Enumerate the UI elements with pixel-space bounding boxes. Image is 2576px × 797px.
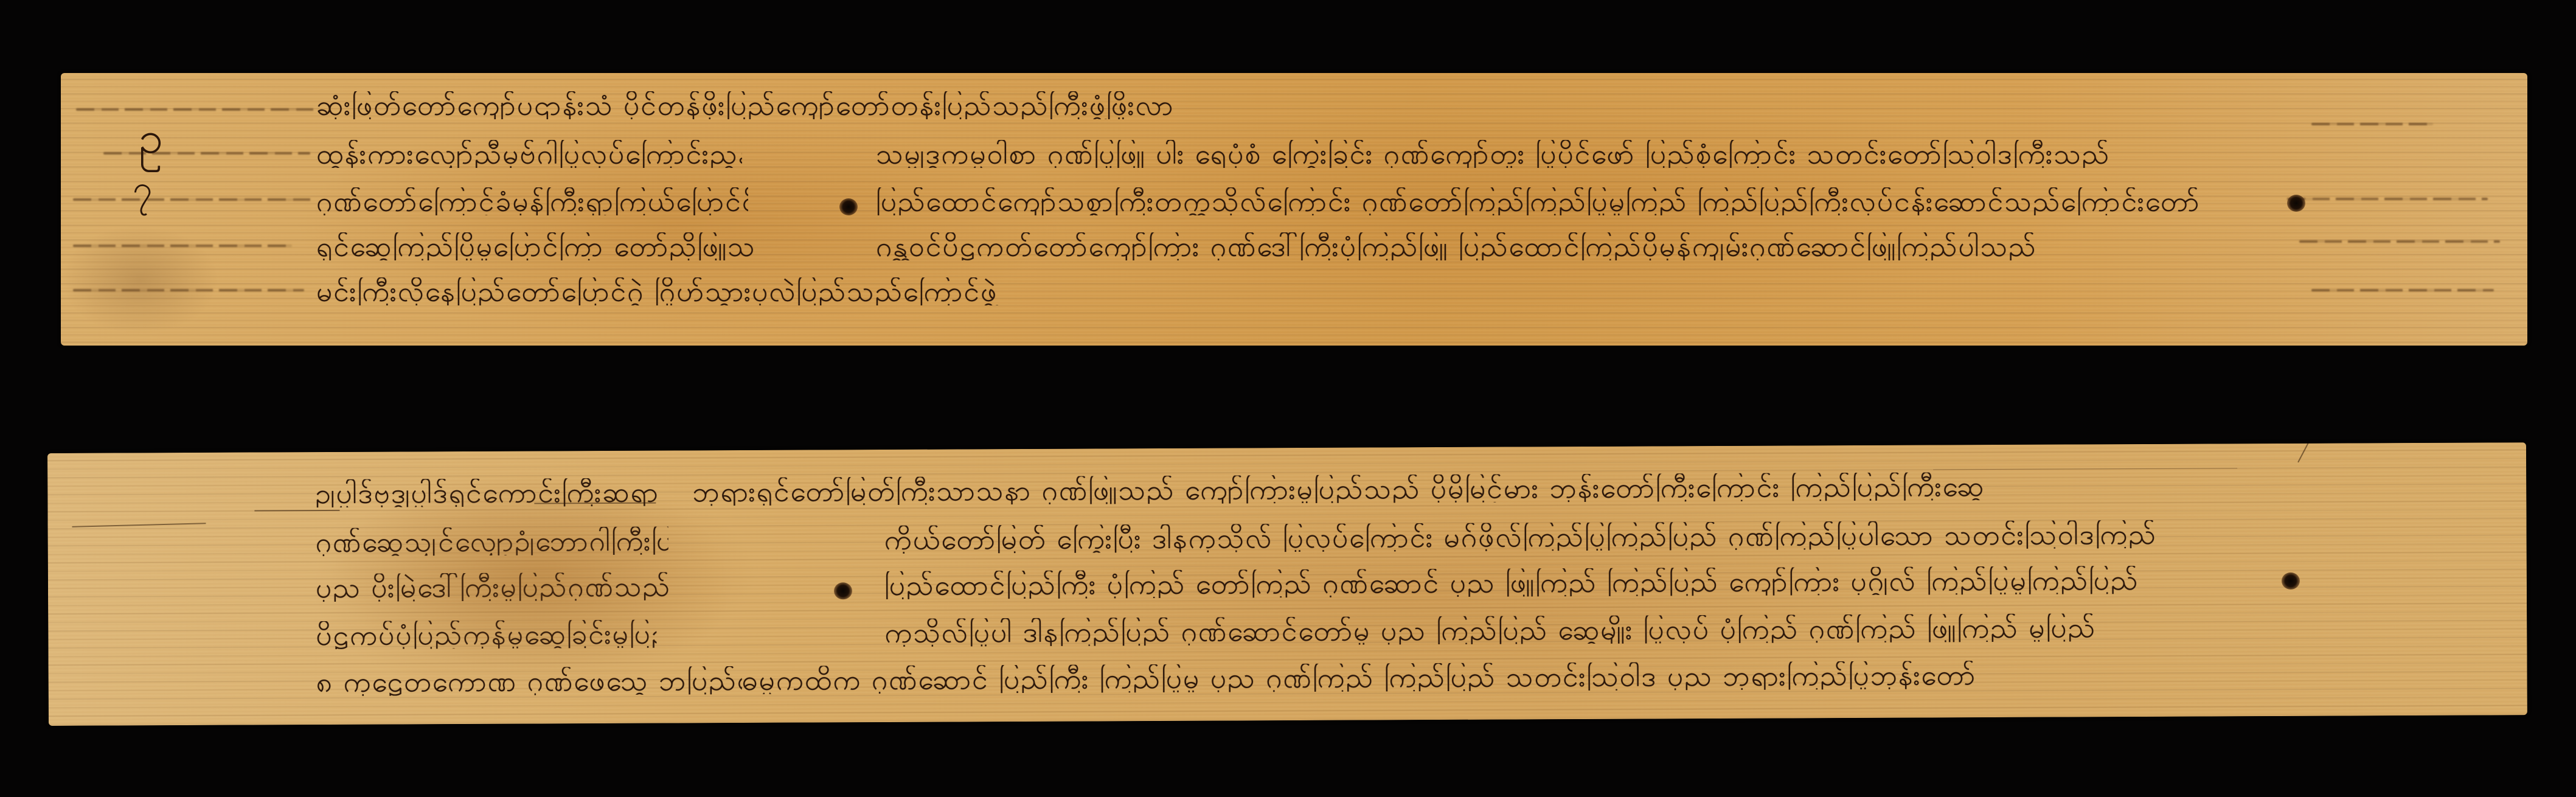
leaf-crack: [1933, 468, 2237, 470]
text-line: သမ္ဗုဒ္ဓကမ္မဝါစာ ဂုဏ်ပြုဖြူ ပါး ရေပုံစံ …: [876, 140, 2311, 168]
text-line: ဥုပ္ပါဒ်ဗုဒ္ဓုပ္ပါဒ်ရှင်ကောင်းကြီးဆရာ: [315, 478, 692, 507]
margin-rule: [2299, 240, 2500, 243]
margin-rule: [73, 198, 316, 201]
leaf-crack: [254, 510, 339, 512]
text-line: ဂုဏ်တော်ကြောင့်ခံမှန်ကြီးရှာ့ကြယ်ပြောင်င…: [316, 187, 748, 215]
binding-hole-left: [839, 198, 858, 215]
binding-hole-right: [2282, 573, 2300, 590]
text-line: ဂန္ထဝင်ပိဋကတ်တော်ကျော်ကြား ဂုဏ်ဒေါ်ကြီးပ…: [876, 232, 2305, 260]
leaf-crack: [2297, 442, 2338, 462]
text-line: ဓမ္မကထိက ဂုဏ်ဆောင် ပြည်ကြီး ကြည်ပြုမှု ပ…: [742, 660, 2305, 694]
binding-hole-left: [834, 582, 852, 599]
text-line: ဂုဏ်ဆွေသျှင်လျှော့ဥုံဘောဂါကြီးပြည်: [316, 527, 668, 557]
text-line: ဆုံးဖြတ်တော်ကျော်ပဌာန်းသံ ပိုင်တန်ဖိုးပြ…: [316, 91, 2317, 119]
leaf-crack: [72, 523, 206, 527]
margin-rule: [76, 108, 319, 111]
palm-leaf-top: ဥ ၇ ဆုံးဖြတ်တော်ကျော်ပဌာန်းသံ ပိုင်တန်ဖိ…: [61, 73, 2527, 346]
margin-rule: [2311, 289, 2494, 291]
folio-mark: ဥ: [139, 116, 163, 159]
text-line: ၈ ကုဋေတကောဏ ဂုဏ်ဖေသွေ ဘပြည်တော်: [316, 666, 742, 696]
margin-rule: [103, 152, 310, 155]
folio-mark: ၇: [133, 170, 153, 206]
text-line: ကုသိုလ်ပြုပါ ဒါနကြည်ပြည် ဂုဏ်ဆောင်တော်မှ…: [884, 613, 2302, 647]
text-line: ဘုရားရှင်တော်မြတ်ကြီးသာသနာ ဂုဏ်ဖြူသည် ကျ…: [692, 471, 2298, 506]
text-line: ရှင်ဆွေကြည်ပြိုမှုပြောင်ကြာ တော်ညိုဖြူသည…: [316, 232, 754, 260]
margin-rule: [73, 245, 292, 247]
text-line: မင်းကြီးလိုနေပြည်တော်ပြောင်ဂွဲ ဂြိုဟ်သွာ…: [316, 277, 2311, 305]
stain: [61, 225, 219, 335]
margin-rule: [73, 289, 304, 291]
margin-rule: [2287, 198, 2488, 200]
binding-hole-right: [2287, 195, 2305, 212]
text-line: ထွန်းကားလျှော်ညီမှဗ်ဂါပြုလုပ်ကြောင်းညွှန…: [316, 140, 742, 168]
text-line: ပြည်ထောင်ပြည်ကြီး ပုံကြည် တော်ကြည် ဂုဏ်ဆ…: [884, 565, 2283, 599]
palm-leaf-bottom: ဥုပ္ပါဒ်ဗုဒ္ဓုပ္ပါဒ်ရှင်ကောင်းကြီးဆရာ ဂု…: [47, 442, 2527, 726]
margin-rule: [2311, 123, 2433, 125]
text-line: ပိဋကပ်ပုံပြည့်ကုန်မှုဆွေခြင်းမှုပြည်: [316, 620, 656, 649]
text-line: ပုည ပိုးမြဲဒေါ်ကြီးမှုပြည်ဂုဏ်သည်: [316, 573, 668, 602]
text-line: ကိုယ်တော်မြတ် ကြွေးပြီး ဒါနကုသိုလ် ပြုလု…: [884, 520, 2308, 554]
text-line: ပြည်ထောင်ကျော်သစ္စာကြီးတက္ကသိုလ်ကြောင်း …: [876, 187, 2275, 215]
